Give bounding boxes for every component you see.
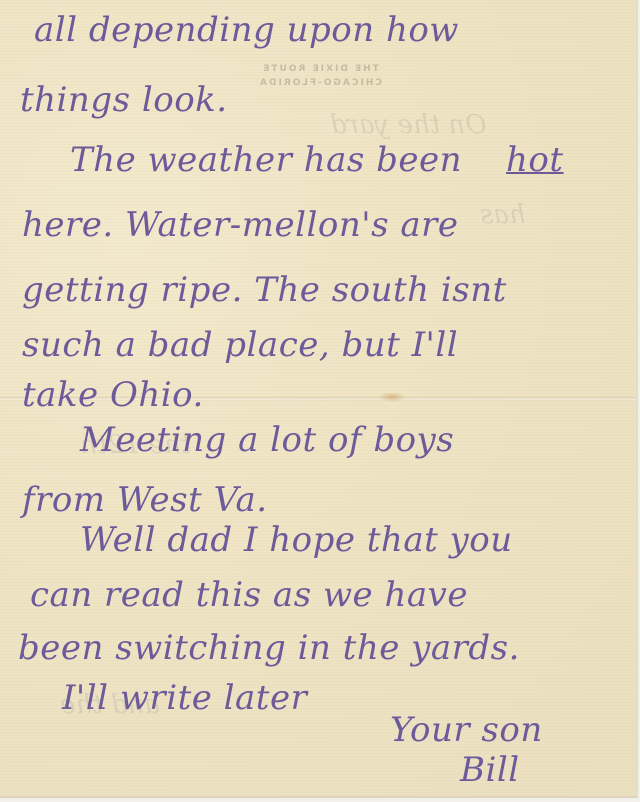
- letter-line-13: I'll write later: [62, 678, 307, 718]
- letter-line-3-emphasis: hot: [506, 140, 564, 180]
- letter-signature: Bill: [460, 750, 520, 790]
- bleed-through-text: has: [480, 200, 526, 230]
- letter-page: On the yard has the 12th and the THE DIX…: [0, 0, 638, 798]
- letter-closing: Your son: [390, 710, 543, 750]
- letter-line-5: getting ripe. The south isnt: [22, 270, 507, 310]
- letter-line-9: from West Va.: [22, 480, 268, 520]
- letter-line-4: here. Water-mellon's are: [22, 205, 459, 245]
- letterhead-line1: THE DIXIE ROUTE: [220, 62, 420, 76]
- paper-stain: [378, 392, 406, 402]
- letter-line-12: been switching in the yards.: [18, 628, 520, 668]
- letter-line-10: Well dad I hope that you: [80, 520, 513, 560]
- bleed-through-text: On the yard: [330, 110, 486, 140]
- letter-line-11: can read this as we have: [30, 575, 468, 615]
- letter-line-6: such a bad place, but I'll: [22, 325, 458, 365]
- letterhead: THE DIXIE ROUTE CHICAGO-FLORIDA: [220, 62, 420, 90]
- letter-line-8: Meeting a lot of boys: [80, 420, 454, 460]
- letter-line-1: all depending upon how: [34, 10, 459, 50]
- letter-line-7: take Ohio.: [22, 375, 204, 415]
- letterhead-line2: CHICAGO-FLORIDA: [220, 76, 420, 90]
- letter-line-2: things look.: [20, 80, 228, 120]
- letter-line-3: The weather has been: [70, 140, 462, 180]
